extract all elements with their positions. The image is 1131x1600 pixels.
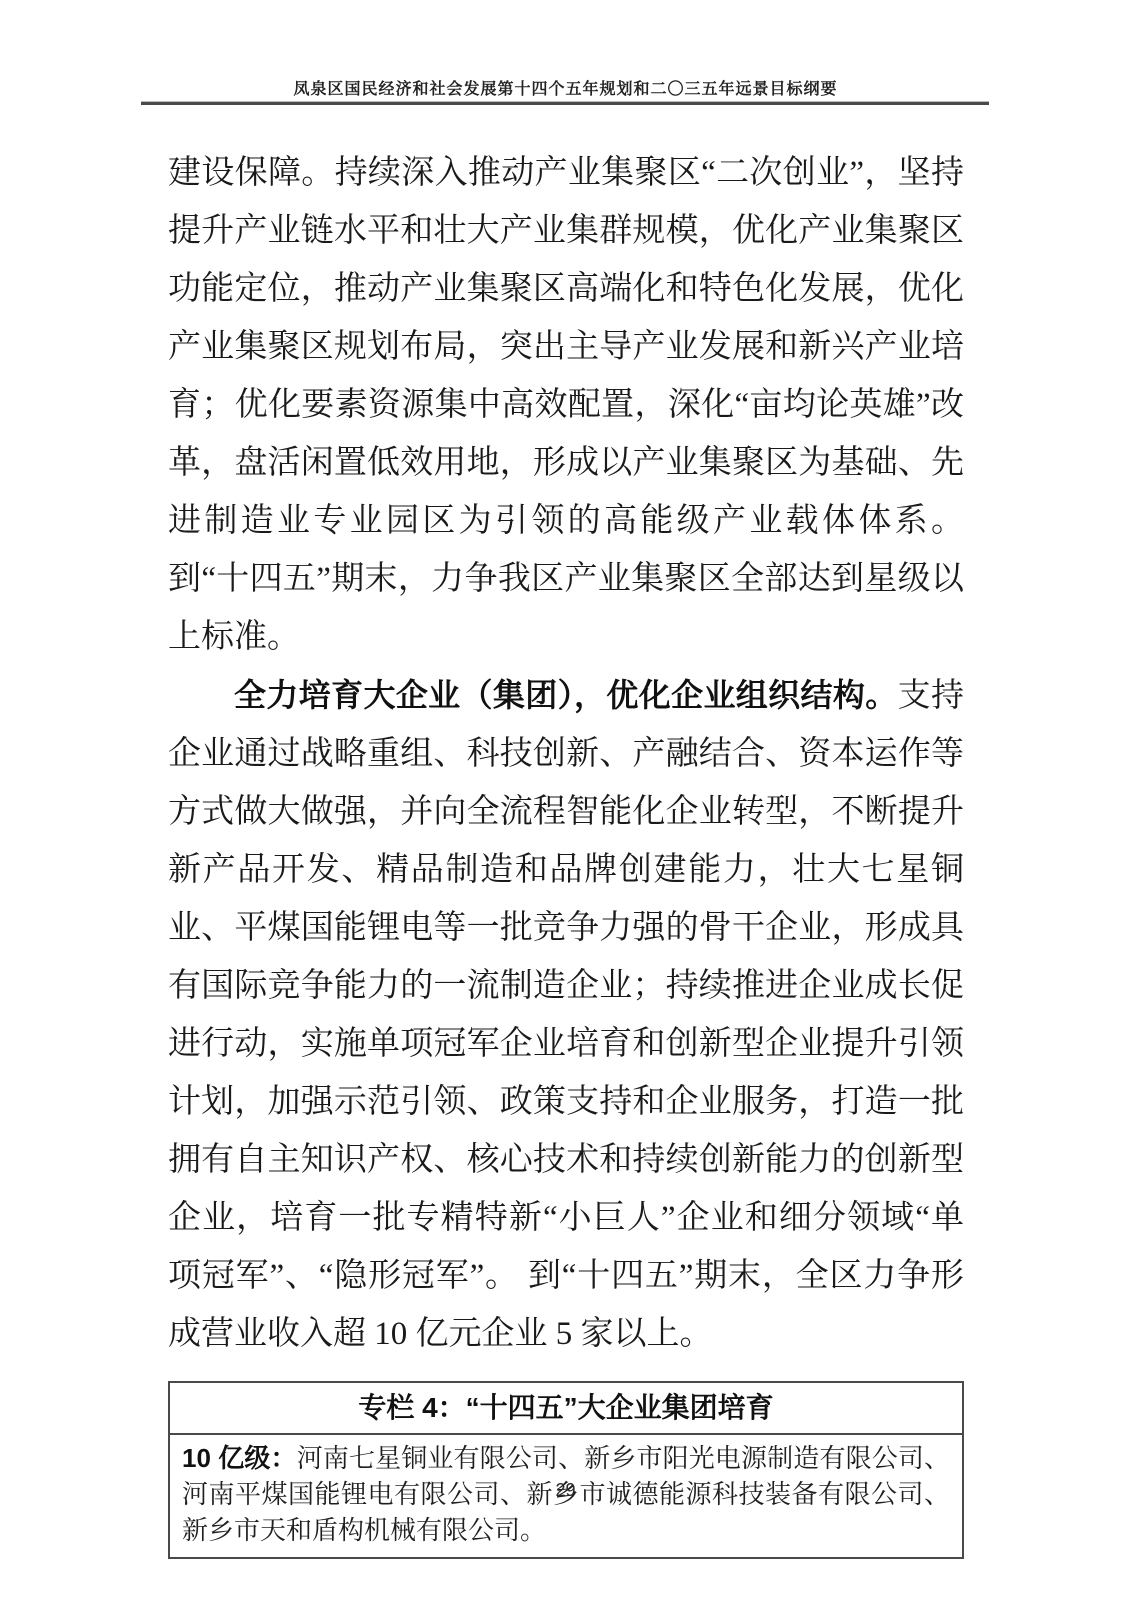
document-body: 建设保障。持续深入推动产业集聚区“二次创业”，坚持提升产业链水平和壮大产业集群规… bbox=[168, 144, 964, 1559]
page-number: 29 bbox=[0, 1480, 1131, 1501]
page-header-title: 凤泉区国民经济和社会发展第十四个五年规划和二〇三五年远景目标纲要 bbox=[0, 76, 1131, 99]
paragraph-industry-clusters: 建设保障。持续深入推动产业集聚区“二次创业”，坚持提升产业链水平和壮大产业集群规… bbox=[168, 144, 964, 666]
document-page: 凤泉区国民经济和社会发展第十四个五年规划和二〇三五年远景目标纲要 建设保障。持续… bbox=[0, 0, 1131, 1600]
header-rule bbox=[141, 102, 989, 105]
feature-box-tier-label: 10 亿级： bbox=[182, 1443, 297, 1473]
paragraph-large-enterprises: 全力培育大企业（集团），优化企业组织结构。支持企业通过战略重组、科技创新、产融结… bbox=[168, 666, 964, 1363]
feature-box-title: 专栏 4：“十四五”大企业集团培育 bbox=[170, 1383, 962, 1435]
paragraph-lead-bold: 全力培育大企业（集团），优化企业组织结构。 bbox=[234, 677, 898, 713]
feature-box: 专栏 4：“十四五”大企业集团培育 10 亿级：河南七星铜业有限公司、新乡市阳光… bbox=[168, 1381, 964, 1559]
paragraph-body-text: 支持企业通过战略重组、科技创新、产融结合、资本运作等方式做大做强，并向全流程智能… bbox=[168, 678, 964, 1352]
